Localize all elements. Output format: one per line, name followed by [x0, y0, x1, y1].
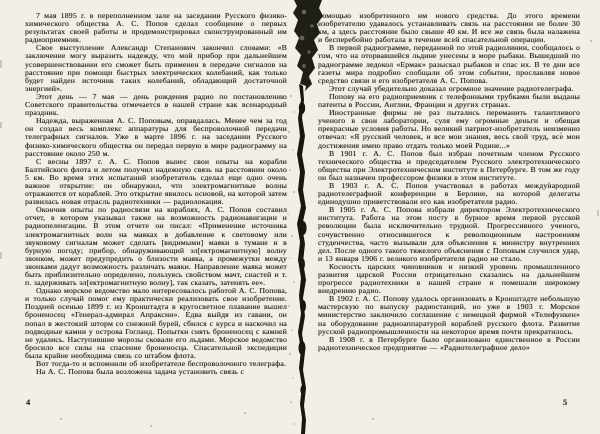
scan-edge-mark: [597, 210, 599, 216]
paragraph: Однако морское ведомство мало интересова…: [25, 287, 287, 360]
left-page-number: 4: [26, 397, 30, 407]
paragraph: Косность царских чиновников и низкий уро…: [318, 263, 580, 295]
paragraph: В 1901 г. А. С. Попов был избран почетны…: [318, 150, 580, 182]
paragraph: Попову на его радиоприемник с телефонным…: [318, 93, 580, 109]
paragraph: Иностранные фирмы не раз пытались перема…: [318, 109, 580, 149]
paragraph: Свое выступление Александр Степанович за…: [25, 44, 287, 93]
paragraph: На А. С. Попова была возложена задача ус…: [25, 368, 287, 376]
paragraph: В 1903 г. А. С. Попов участвовал в работ…: [318, 182, 580, 206]
paragraph: В первой радиограмме, переданной по этой…: [318, 44, 580, 84]
scan-edge-mark: [0, 252, 2, 259]
right-page: помощью изобретенного им нового средства…: [318, 12, 580, 352]
book-scan: 7 мая 1895 г. в переполненном зале на за…: [0, 0, 600, 434]
scan-speck: [60, 418, 62, 420]
scan-speck: [244, 412, 246, 414]
paragraph: В 1905 г. А. С. Попова избрали директоро…: [318, 206, 580, 263]
right-page-number: 5: [563, 397, 567, 407]
paragraph: Этот день — 7 мая — день рождения радио …: [25, 93, 287, 117]
scan-edge-mark: [0, 122, 2, 128]
left-page: 7 мая 1895 г. в переполненном зале на за…: [25, 12, 287, 376]
scan-edge-mark: [0, 60, 2, 68]
scan-speck: [590, 40, 592, 42]
paragraph: Надежда, выраженная А. С. Поповым, оправ…: [25, 117, 287, 157]
scan-speck: [150, 425, 152, 427]
paragraph: 7 мая 1895 г. в переполненном зале на за…: [25, 12, 287, 44]
left-page-text: 7 мая 1895 г. в переполненном зале на за…: [25, 12, 287, 376]
paragraph: помощью изобретенного им нового средства…: [318, 12, 580, 44]
paragraph: С весны 1897 г. А. С. Попов вынес свои о…: [25, 158, 287, 207]
scan-speck: [372, 418, 374, 420]
paragraph: В 1902 г. А. С. Попову удалось организов…: [318, 295, 580, 335]
right-page-text: помощью изобретенного им нового средства…: [318, 12, 580, 352]
paragraph: В 1908 г. в Петербурге было организовано…: [318, 336, 580, 352]
paragraph: Окончив опыты по радиосвязи на кораблях,…: [25, 206, 287, 287]
